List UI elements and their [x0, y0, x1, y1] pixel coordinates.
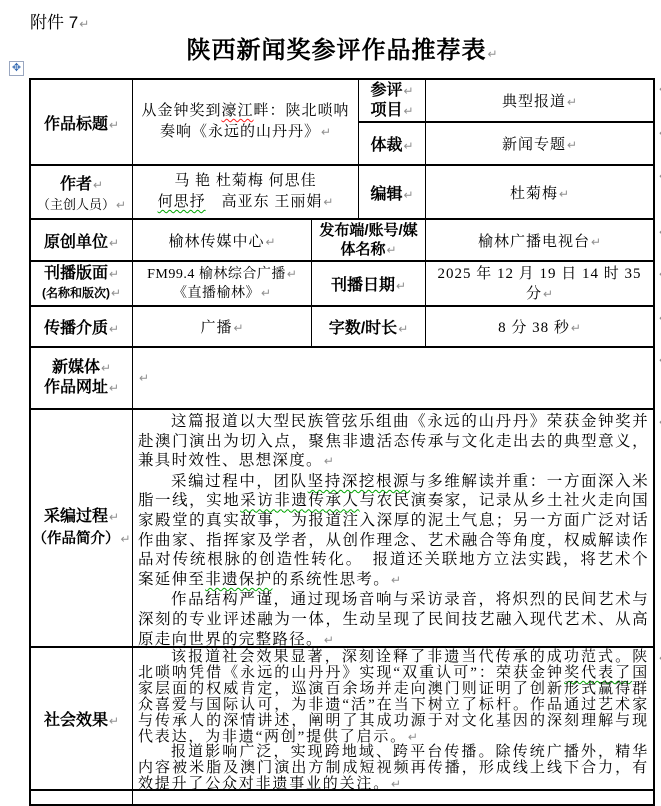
- paragraph-mark: ↵: [100, 361, 111, 375]
- work-title-text: 从金钟奖到: [141, 103, 221, 119]
- page-title-text: 陕西新闻奖参评作品推荐表: [186, 37, 486, 64]
- length-value-cell: 8 分 38 秒↵: [426, 307, 653, 346]
- category-label-cell: 参评↵ 项目↵: [359, 80, 426, 121]
- process-paragraph: 作品结构严谨，通过现场音响与采访录音，将炽烈的民间艺术与深刻的专业评述融为一体，…: [138, 590, 649, 646]
- paragraph-mark: ↵: [78, 17, 89, 31]
- length-label: 字数/时长: [329, 320, 397, 337]
- platform-value: 榆林广播电视台: [478, 234, 590, 250]
- paragraph-mark: ↵: [558, 187, 569, 201]
- platform-label: 发布端/账号/媒体名称: [319, 222, 417, 258]
- url-value-cell: ↵: [133, 348, 653, 408]
- edition-value-line1: FM99.4 榆林综合广播: [147, 267, 286, 282]
- paragraph-mark: ↵: [402, 139, 413, 153]
- genre-value: 新闻专题: [502, 137, 566, 153]
- paragraph-mark: ↵: [402, 84, 413, 98]
- paragraph-mark: ↵: [108, 510, 119, 524]
- process-paragraph: 这篇报道以大型民族管弦乐组曲《永远的山丹丹》荣获金钟奖并赴澳门演出为切入点，聚焦…: [138, 412, 649, 472]
- paragraph-mark: ↵: [407, 730, 418, 744]
- process-value-cell: 这篇报道以大型民族管弦乐组曲《永远的山丹丹》荣获金钟奖并赴澳门演出为切入点，聚焦…: [133, 410, 653, 646]
- paragraph-mark: ↵: [323, 454, 334, 468]
- process-text: 作品结构严谨，通过现场音响与采访录音，将炽烈的民间艺术与深刻的专业评述融为一体，…: [138, 591, 649, 646]
- paragraph-mark: ↵: [110, 286, 121, 300]
- grammar-check-green: 采访非遗传承人: [240, 492, 359, 509]
- editor-value-cell: 杜菊梅↵: [426, 166, 653, 218]
- paragraph-mark: ↵: [119, 532, 130, 546]
- editor-label: 编辑: [370, 186, 402, 203]
- genre-label: 体裁: [370, 137, 402, 154]
- url-label: 作品网址: [44, 379, 108, 396]
- effect-label: 社会效果: [44, 712, 108, 729]
- paragraph-mark: ↵: [232, 321, 243, 335]
- edition-label: 刊播版面: [44, 265, 108, 282]
- table-row: 采编过程↵ （作品简介）↵ 这篇报道以大型民族管弦乐组曲《永远的山丹丹》荣获金钟…: [31, 410, 653, 648]
- effect-label-cell: 社会效果↵: [31, 648, 133, 789]
- paragraph-mark: ↵: [108, 236, 119, 250]
- authors-line1: 马 艳 杜菊梅 何思佳: [174, 171, 316, 192]
- medium-label: 传播介质: [44, 320, 108, 337]
- process-label: 采编过程: [44, 508, 108, 525]
- work-title-label-cell: 作品标题↵: [31, 80, 133, 164]
- authors-label-cell: 作者↵ （主创人员）↵: [31, 166, 133, 218]
- paragraph-mark: ↵: [590, 235, 601, 249]
- platform-value-cell: 榆林广播电视台↵: [426, 220, 653, 260]
- table-row: 作品标题↵ 从金钟奖到濠江畔：陕北唢呐奏响《永远的山丹丹》↵ 参评↵ 项目↵ 典…: [31, 80, 653, 166]
- category-label: 项目: [370, 102, 402, 119]
- genre-value-cell: 新闻专题↵: [426, 123, 653, 164]
- edition-value-cell: FM99.4 榆林综合广播↵ 《直播榆林》↵: [133, 262, 312, 305]
- paragraph-mark: ↵: [566, 95, 577, 109]
- url-label: 新媒体: [52, 359, 100, 376]
- paragraph-mark: ↵: [115, 198, 126, 212]
- document-page: 附件 7↵ 陕西新闻奖参评作品推荐表↵ ✥ 作品标题↵ 从金钟奖到濠江畔：陕北唢…: [0, 0, 661, 806]
- table-row: 刊播版面↵ (名称和版次)↵ FM99.4 榆林综合广播↵ 《直播榆林》↵ 刊播…: [31, 262, 653, 307]
- table-move-handle-icon[interactable]: ✥: [9, 61, 24, 76]
- origin-org-value-cell: 榆林传媒中心↵: [133, 220, 312, 260]
- author-name-spellcheck-green: 何思抒: [158, 194, 206, 210]
- paragraph-mark: ↵: [320, 125, 331, 139]
- length-label-cell: 字数/时长↵: [312, 307, 426, 346]
- table-row: 社会效果↵ 该报道社会效果显著，深刻诠释了非遗当代传承的成功范式。陕北唢呐凭借《…: [31, 648, 653, 791]
- table-row: [31, 791, 653, 804]
- process-label-cell: 采编过程↵ （作品简介）↵: [31, 410, 133, 646]
- category-label: 参评: [370, 82, 402, 99]
- paragraph-mark: ↵: [402, 104, 413, 118]
- effect-value-cell: 该报道社会效果显著，深刻诠释了非遗当代传承的成功范式。陕北唢呐凭借《永远的山丹丹…: [133, 648, 653, 789]
- paragraph-mark: ↵: [108, 118, 119, 132]
- paragraph-mark: ↵: [264, 235, 275, 249]
- url-label-cell: 新媒体↵ 作品网址↵: [31, 348, 133, 408]
- grammar-check-green: 奖代表了: [564, 665, 632, 681]
- table-row: 传播介质↵ 广播↵ 字数/时长↵ 8 分 38 秒↵: [31, 307, 653, 348]
- editor-label-cell: 编辑↵: [359, 166, 426, 218]
- work-title-label: 作品标题: [44, 116, 108, 133]
- category-value: 典型报道: [502, 94, 566, 110]
- table-row: 原创单位↵ 榆林传媒中心↵ 发布端/账号/媒体名称↵ 榆林广播电视台↵: [31, 220, 653, 262]
- process-label-note: （作品简介）: [32, 531, 119, 547]
- work-title-value-cell: 从金钟奖到濠江畔：陕北唢呐奏响《永远的山丹丹》↵: [133, 80, 359, 164]
- broadcast-date-value: 2025 年 12 月 19 日 14 时 35 分: [437, 266, 641, 302]
- paragraph-mark: ↵: [397, 322, 408, 336]
- paragraph-mark: ↵: [402, 188, 413, 202]
- category-value-cell: 典型报道↵: [426, 80, 653, 121]
- authors-label: 作者: [60, 176, 92, 193]
- origin-org-value: 榆林传媒中心: [168, 234, 264, 250]
- authors-label-note: （主创人员）: [37, 197, 115, 212]
- paragraph-mark: ↵: [486, 47, 497, 61]
- edition-label-cell: 刊播版面↵ (名称和版次)↵: [31, 262, 133, 305]
- medium-value-cell: 广播↵: [133, 307, 312, 346]
- paragraph-mark: ↵: [322, 195, 333, 209]
- paragraph-mark: ↵: [542, 287, 553, 301]
- work-title-spellcheck-red: 濠江: [221, 103, 253, 119]
- broadcast-date-label: 刊播日期: [331, 277, 395, 294]
- paragraph-mark: ↵: [390, 777, 401, 789]
- edition-value-line2: 《直播榆林》: [173, 286, 260, 301]
- paragraph-mark: ↵: [138, 371, 149, 385]
- paragraph-mark: ↵: [390, 573, 401, 587]
- paragraph-mark: ↵: [570, 321, 581, 335]
- process-text: 这篇报道以大型民族管弦乐组曲《永远的山丹丹》荣获金钟奖并赴澳门演出为切入点，聚焦…: [138, 413, 649, 469]
- process-text: 的系统性思考。: [272, 571, 390, 588]
- authors-line2: 高亚东 王丽娟: [206, 194, 323, 210]
- length-value: 8 分 38 秒: [498, 320, 570, 336]
- paragraph-mark: ↵: [92, 178, 103, 192]
- table-row: 参评↵ 项目↵ 典型报道↵: [359, 80, 653, 123]
- editor-value: 杜菊梅: [510, 186, 558, 202]
- medium-label-cell: 传播介质↵: [31, 307, 133, 346]
- paragraph-mark: ↵: [566, 138, 577, 152]
- genre-label-cell: 体裁↵: [359, 123, 426, 164]
- effect-paragraph: 报道影响广泛，实现跨地域、跨平台传播。除传统广播外，精华内容被米脂及澳门演出方制…: [138, 745, 649, 789]
- medium-value: 广播: [200, 320, 232, 336]
- platform-label-cell: 发布端/账号/媒体名称↵: [312, 220, 426, 260]
- broadcast-date-value-cell: 2025 年 12 月 19 日 14 时 35 分↵: [426, 262, 653, 305]
- paragraph-mark: ↵: [108, 381, 119, 395]
- cutoff-value-cell: [133, 791, 653, 804]
- cutoff-label-cell: [31, 791, 133, 804]
- origin-org-label-cell: 原创单位↵: [31, 220, 133, 260]
- paragraph-mark: ↵: [260, 286, 271, 300]
- paragraph-mark: ↵: [108, 267, 119, 281]
- table-row: 新媒体↵ 作品网址↵ ↵: [31, 348, 653, 410]
- authors-value-cell: 马 艳 杜菊梅 何思佳 何思抒 高亚东 王丽娟↵: [133, 166, 359, 218]
- origin-org-label: 原创单位: [44, 234, 108, 251]
- process-text: 采编过程中，团队: [171, 473, 308, 490]
- table-row: 体裁↵ 新闻专题↵: [359, 123, 653, 164]
- grammar-check-green: 坚持深挖根源: [308, 473, 411, 490]
- grammar-check-green: 非遗保护: [205, 571, 272, 588]
- paragraph-mark: ↵: [108, 714, 119, 728]
- category-genre-subtable: 参评↵ 项目↵ 典型报道↵ 体裁↵ 新闻专题↵: [359, 80, 653, 164]
- paragraph-mark: ↵: [323, 633, 334, 646]
- recommendation-table: 作品标题↵ 从金钟奖到濠江畔：陕北唢呐奏响《永远的山丹丹》↵ 参评↵ 项目↵ 典…: [29, 78, 655, 806]
- broadcast-date-label-cell: 刊播日期↵: [312, 262, 426, 305]
- process-paragraph: 采编过程中，团队坚持深挖根源与多维解读并重：一方面深入米脂一线，实地采访非遗传承…: [138, 472, 649, 591]
- table-row: 作者↵ （主创人员）↵ 马 艳 杜菊梅 何思佳 何思抒 高亚东 王丽娟↵ 编辑↵…: [31, 166, 653, 220]
- edition-label-note: (名称和版次): [42, 286, 110, 300]
- paragraph-mark: ↵: [395, 279, 406, 293]
- paragraph-mark: ↵: [286, 267, 297, 281]
- effect-paragraph: 该报道社会效果显著，深刻诠释了非遗当代传承的成功范式。陕北唢呐凭借《永远的山丹丹…: [138, 650, 649, 745]
- paragraph-mark: ↵: [108, 322, 119, 336]
- page-title: 陕西新闻奖参评作品推荐表↵: [29, 30, 655, 65]
- paragraph-mark: ↵: [385, 243, 396, 257]
